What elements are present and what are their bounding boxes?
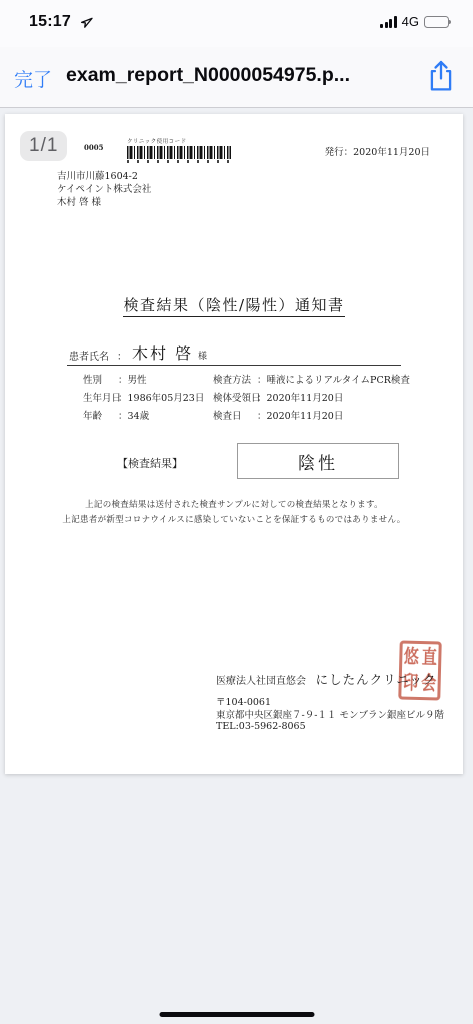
info-row: 生年月日 ：1986年05月23日 検体受領日 ：2020年11月20日 — [5, 390, 463, 404]
status-right-cluster: 4G — [380, 14, 449, 29]
recipient-name: 木村 啓 様 — [57, 196, 151, 209]
status-bar: 15:17 4G — [0, 0, 473, 47]
document-title: exam_report_N0000054975.p... — [66, 64, 413, 87]
field-value: ：2020年11月20日 — [257, 408, 343, 422]
network-type-label: 4G — [402, 14, 419, 29]
info-row: 年齢 ：34歳 検査日 ：2020年11月20日 — [5, 408, 463, 422]
field-value: ：2020年11月20日 — [257, 390, 343, 404]
field-label: 検査日 — [213, 408, 242, 422]
clinic-name-line: 医療法人社団直悠会 にしたんクリニック — [216, 670, 436, 688]
done-button[interactable]: 完了 — [14, 65, 52, 92]
field-value: ：1986年05月23日 — [118, 390, 204, 404]
disclaimer-note: 上記の検査結果は送付された検査サンプルに対しての検査結果となります。 — [5, 498, 463, 510]
info-row: 性別 ：男性 検査方法 ：唾液によるリアルタイムPCR検査 — [5, 372, 463, 386]
barcode-label: クリニック使用コード — [127, 139, 235, 145]
signal-strength-icon — [380, 16, 397, 28]
field-label: 検体受領日 — [213, 390, 261, 404]
field-label: 検査方法 — [213, 372, 251, 386]
field-value: ：唾液によるリアルタイムPCR検査 — [257, 372, 410, 386]
clinic-code: 0005 — [84, 143, 103, 152]
recipient-block: 吉川市川藤1604-2 ケイペイント株式会社 木村 啓 様 — [57, 170, 151, 209]
patient-name: 木村 啓 — [132, 341, 193, 364]
status-time: 15:17 — [29, 13, 71, 31]
report-title: 検査結果（陰性/陽性）通知書 — [5, 294, 463, 315]
recipient-address: 吉川市川藤1604-2 — [57, 170, 151, 183]
clinic-tel: TEL:03-5962-8065 — [216, 721, 306, 732]
barcode-block: クリニック使用コード — [127, 139, 235, 163]
clinic-org: 医療法人社団直悠会 — [216, 676, 306, 687]
issue-date: 発行：2020年11月20日 — [325, 144, 430, 158]
patient-name-label: 患者氏名 — [69, 348, 109, 363]
field-label: 性別 — [83, 372, 102, 386]
barcode-digits — [127, 160, 231, 163]
result-label: 【検査結果】 — [117, 455, 183, 471]
battery-icon — [424, 16, 449, 28]
nav-bar: 完了 exam_report_N0000054975.p... — [0, 47, 473, 108]
patient-honorific: 様 — [198, 349, 207, 362]
result-value: 陰性 — [298, 449, 338, 474]
patient-underline — [67, 365, 401, 366]
clinic-postal: 〒104-0061 — [216, 694, 271, 708]
pdf-page: 0005 クリニック使用コード 発行：2020年11月20日 吉川市川藤1604… — [5, 114, 463, 774]
pdf-scroll-area[interactable]: 1/1 0005 クリニック使用コード 発行：2020年11月20日 吉川市川藤… — [0, 108, 473, 1024]
location-arrow-icon — [80, 16, 93, 29]
home-indicator[interactable] — [159, 1012, 314, 1017]
page-indicator-badge: 1/1 — [20, 131, 67, 161]
field-label: 年齢 — [83, 408, 102, 422]
field-value: ：34歳 — [118, 408, 149, 422]
barcode-icon — [127, 146, 231, 159]
recipient-company: ケイペイント株式会社 — [57, 183, 151, 196]
share-button[interactable] — [423, 57, 459, 97]
result-box: 陰性 — [237, 443, 399, 479]
clinic-address: 東京都中央区銀座７-９-１１ モンブラン銀座ビル９階 — [216, 707, 444, 721]
clinic-name: にしたんクリニック — [316, 672, 437, 687]
disclaimer-note: 上記患者が新型コロナウイルスに感染していないことを保証するものではありません。 — [5, 513, 463, 525]
field-label: 生年月日 — [83, 390, 121, 404]
patient-name-colon: ： — [117, 348, 127, 363]
phone-screen: 15:17 4G 完了 exam_report_N0000054975.p...… — [0, 0, 473, 1024]
field-value: ：男性 — [118, 372, 147, 386]
